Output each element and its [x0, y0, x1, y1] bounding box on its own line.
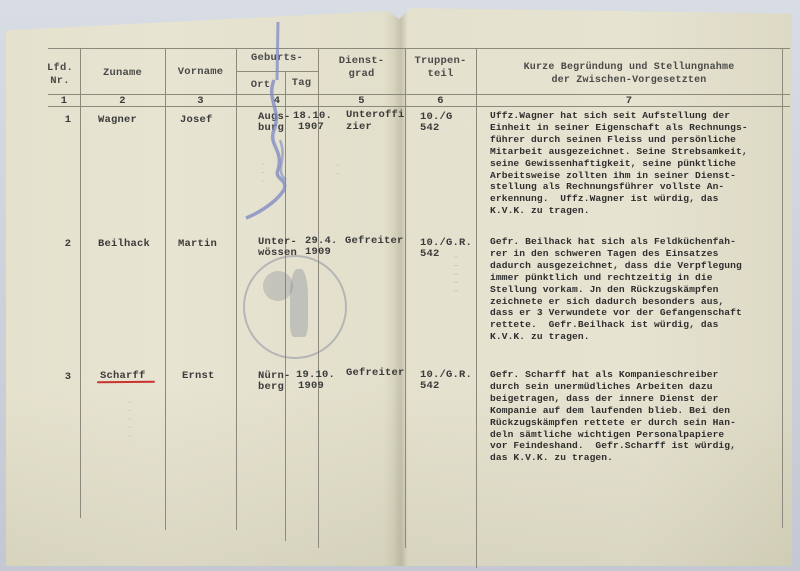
row-tag-2: 1909	[298, 380, 324, 392]
header-begruendung-2: der Zwischen-Vorgesetzten	[476, 75, 782, 87]
signature-icon	[244, 20, 304, 220]
row-nr: 2	[48, 238, 88, 250]
header-dienstgrad-1: Dienst-	[318, 55, 405, 67]
table-top-rule	[48, 48, 790, 49]
row-begruendung: Gefr. Beilhack hat sich als Feldküchenfa…	[490, 236, 790, 343]
col-number-6: 6	[405, 95, 476, 107]
stamp-emblem-icon	[263, 271, 293, 301]
row-truppenteil-2: 542	[420, 248, 440, 260]
header-dienstgrad-2: grad	[318, 68, 405, 80]
row-dienstgrad-1: Gefreiter	[346, 367, 405, 379]
header-begruendung-1: Kurze Begründung und Stellungnahme	[476, 62, 782, 74]
header-truppenteil-2: teil	[405, 68, 476, 80]
faint-mark: : : : : :	[452, 255, 460, 293]
col-number-5: 5	[318, 95, 405, 107]
eagle-icon	[290, 269, 308, 337]
row-vorname: Ernst	[182, 370, 215, 382]
col-number-7: 7	[476, 95, 782, 107]
row-truppenteil-2: 542	[420, 380, 440, 392]
row-zuname: Wagner	[98, 114, 137, 126]
row-dienstgrad-1: Gefreiter	[345, 235, 404, 247]
row-dienstgrad-2: zier	[346, 121, 372, 133]
col-divider-3	[236, 48, 237, 530]
row-vorname: Josef	[180, 114, 213, 126]
row-nr: 3	[48, 371, 88, 383]
circular-stamp	[243, 255, 347, 359]
col-divider-5	[405, 48, 406, 548]
row-begruendung: Uffz.Wagner hat sich seit Aufstellung de…	[490, 110, 790, 217]
col-divider-2	[165, 48, 166, 530]
col-number-1: 1	[48, 95, 80, 107]
row-ort-2: berg	[258, 381, 284, 393]
col-divider-6	[476, 48, 477, 568]
row-begruendung: Gefr. Scharff hat als Kompanieschreiber …	[490, 369, 790, 464]
row-dienstgrad-1: Unteroffi	[346, 109, 405, 121]
faint-mark: · · · · ·	[125, 400, 133, 438]
header-truppenteil-1: Truppen-	[405, 55, 476, 67]
col-number-3: 3	[165, 95, 236, 107]
row-zuname: Beilhack	[98, 238, 150, 250]
header-zuname: Zuname	[80, 67, 165, 79]
row-truppenteil-2: 542	[420, 122, 440, 134]
col-number-2: 2	[80, 95, 165, 107]
row-nr: 1	[48, 114, 88, 126]
row-vorname: Martin	[178, 238, 217, 250]
header-vorname: Vorname	[165, 66, 236, 78]
header-lfd: Lfd.	[40, 62, 80, 74]
header-nr: Nr.	[40, 75, 80, 87]
faint-mark: · · ·	[258, 162, 266, 183]
faint-mark: · ·	[333, 163, 341, 176]
